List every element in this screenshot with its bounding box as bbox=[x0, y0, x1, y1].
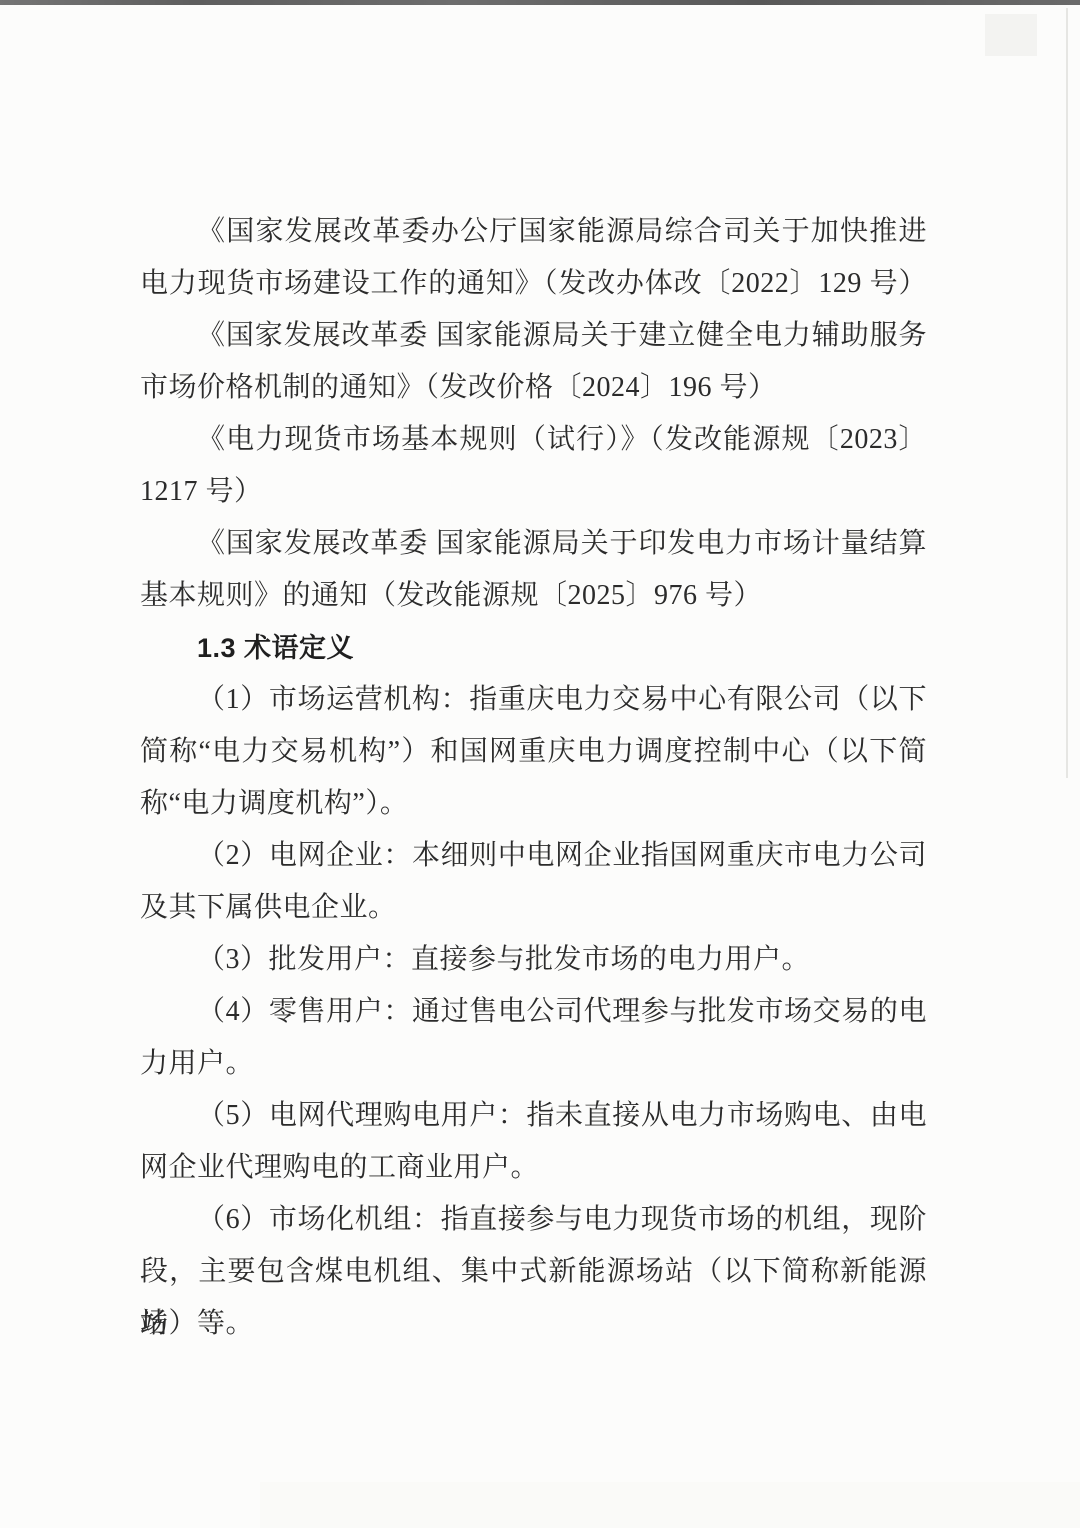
text-line: 称“电力调度机构”）。 bbox=[140, 778, 927, 830]
scanned-document-page: 《国家发展改革委办公厅国家能源局综合司关于加快推进电力现货市场建设工作的通知》（… bbox=[0, 0, 1080, 1528]
scan-artifact-line bbox=[1066, 8, 1068, 778]
text-line: 网企业代理购电的工商业用户。 bbox=[140, 1142, 927, 1194]
text-line: 基本规则》的通知（发改能源规〔2025〕976 号） bbox=[140, 570, 927, 622]
scan-artifact-band bbox=[260, 1482, 1080, 1528]
text-line: （4）零售用户：通过售电公司代理参与批发市场交易的电 bbox=[140, 986, 927, 1038]
document-text: 《国家发展改革委办公厅国家能源局综合司关于加快推进电力现货市场建设工作的通知》（… bbox=[140, 206, 927, 1350]
section-heading: 1.3 术语定义 bbox=[140, 622, 927, 674]
text-line: 《国家发展改革委办公厅国家能源局综合司关于加快推进 bbox=[140, 206, 927, 258]
text-line: （1）市场运营机构：指重庆电力交易中心有限公司（以下 bbox=[140, 674, 927, 726]
text-line: 市场价格机制的通知》（发改价格〔2024〕196 号） bbox=[140, 362, 927, 414]
text-line: 段，主要包含煤电机组、集中式新能源场站（以下简称新能源场 bbox=[140, 1246, 927, 1298]
text-line: 《电力现货市场基本规则（试行）》（发改能源规〔2023〕 bbox=[140, 414, 927, 466]
text-line: （3）批发用户：直接参与批发市场的电力用户。 bbox=[140, 934, 927, 986]
text-line: 简称“电力交易机构”）和国网重庆电力调度控制中心（以下简 bbox=[140, 726, 927, 778]
text-line: （5）电网代理购电用户：指未直接从电力市场购电、由电 bbox=[140, 1090, 927, 1142]
text-line: （2）电网企业：本细则中电网企业指国网重庆市电力公司 bbox=[140, 830, 927, 882]
text-line: 站）等。 bbox=[140, 1298, 927, 1350]
scan-edge-strip bbox=[0, 0, 1080, 5]
scan-artifact-patch bbox=[985, 14, 1037, 56]
text-line: 及其下属供电企业。 bbox=[140, 882, 927, 934]
text-line: 《国家发展改革委 国家能源局关于印发电力市场计量结算 bbox=[140, 518, 927, 570]
text-line: （6）市场化机组：指直接参与电力现货市场的机组，现阶 bbox=[140, 1194, 927, 1246]
text-line: 1217 号） bbox=[140, 466, 927, 518]
text-line: 力用户。 bbox=[140, 1038, 927, 1090]
text-line: 《国家发展改革委 国家能源局关于建立健全电力辅助服务 bbox=[140, 310, 927, 362]
text-line: 电力现货市场建设工作的通知》（发改办体改〔2022〕129 号） bbox=[140, 258, 927, 310]
